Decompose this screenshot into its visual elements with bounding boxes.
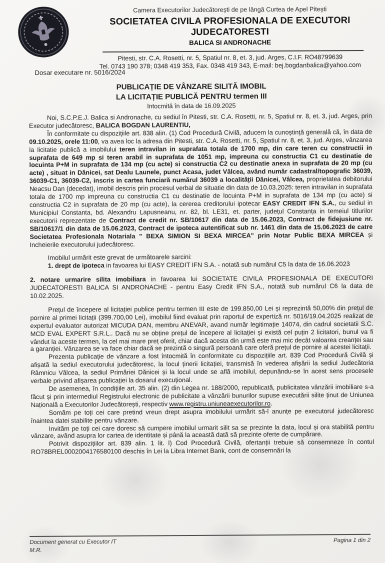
scanned-document-page: Camera Executorilor Judecătorești de pe … [0,0,385,563]
paragraph-segment: . [271,400,273,407]
footer-generator-line1: Document generat cu Executor IT [30,539,117,547]
organization-name: SOCIETATEA CIVILA PROFESIONALA DE EXECUT… [84,15,375,40]
paragraph-segment: Imobilul urmărit este grevat de următoar… [48,254,192,262]
paragraph-segment: Prețul de începere al licitației publice… [30,305,373,354]
paragraph-segment: 09.10.2025, orele 11:00 [29,138,98,145]
paragraph-segment: Noi, S.C.P.E.J. Balica si Andronache, cu… [29,113,372,130]
paragraph: În conformitate cu dispozițiile art. 838… [29,129,373,250]
contact-line: Tel. 0743 190 378; 0348 419 353, Fax. 03… [85,62,376,72]
registry-url-text: www.registru.uniuneaexecutorilor.ro [169,400,270,408]
paragraph: Prezenta publicație de vânzare a fost în… [30,352,373,386]
paragraph: Prețul de începere al licitației publice… [30,305,373,355]
executors-chamber-seal-icon [11,4,75,64]
document-header: Camera Executorilor Judecătorești de pe … [0,6,384,72]
paragraph-segment: Invităm pe toți cei care doresc să cumpe… [31,423,374,440]
organization-subname: BALICA SI ANDRONACHE [85,39,376,49]
paragraph-segment: 2. notare urmarire silita imobiliara [30,277,146,285]
paragraph-segment: Potrivit dispozițiilor art. 839 alin. 1 … [31,439,374,456]
case-number-line: Dosar executare nr. 5016/2024 [35,69,126,77]
paragraph-segment: in favoarea lui EASY CREDIT IFN S.A. - n… [104,261,350,270]
paragraph-segment: BALICA BOGDAN LAURENTIU, [96,122,191,130]
paragraph-segment: Somăm pe toți cei care pretind vreun dre… [31,408,374,425]
header-divider [103,50,364,53]
paragraph-segment: Prezenta publicație de vânzare a fost în… [30,352,373,385]
footer-generator-note: Document generat cu Executor IT M.R. [30,539,117,555]
footer-page-number: Pagina 1 din 2 [333,538,370,553]
paragraph: De asemenea, în condițiile art. 35 alin.… [31,384,374,410]
paragraph-segment: EASY CREDIT IFN S.A. [263,200,335,207]
paragraph: 2. notare urmarire silita imobiliara in … [30,275,373,301]
paragraph-segment: 1. drept de ipoteca [48,263,105,270]
footer-generator-initials: M.R. [30,547,117,555]
document-body: Noi, S.C.P.E.J. Balica si Andronache, cu… [29,113,375,535]
paragraph: Potrivit dispozițiilor art. 839 alin. 1 … [31,439,374,457]
paragraph: 1. drept de ipoteca in favoarea lui EASY… [30,261,373,271]
document-footer: Document generat cu Executor IT M.R. Pag… [30,538,371,555]
document-title-date: Intocmită în data de 16.09.2025 [0,102,384,113]
document-title-block: PUBLICAȚIE DE VÂNZARE SILITĂ IMOBIL LA L… [0,81,384,113]
